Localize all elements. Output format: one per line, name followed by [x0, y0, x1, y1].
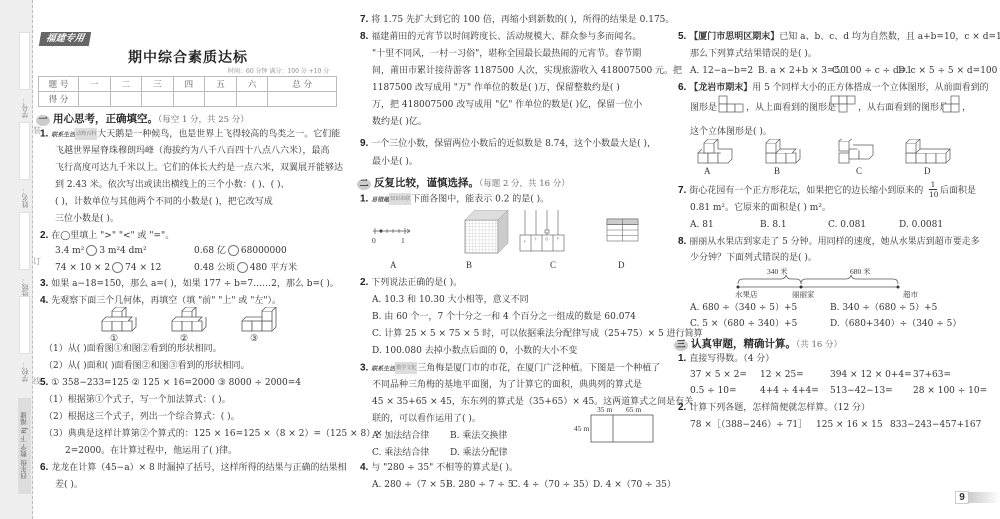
calc-item[interactable]: 4+4 ÷ 4+4=	[760, 385, 819, 397]
question-text: ( )，计数单位与其他两个不同的小数是( )，把它改写成	[55, 196, 273, 208]
compare-right: 3 m²4 dm²	[99, 246, 146, 256]
question-text: 那么下列算式结果错误的是( )。	[690, 48, 817, 60]
question-text: 差( )。	[55, 479, 83, 491]
option-C[interactable]: C. 4 ÷（70 ÷ 35）	[511, 479, 594, 491]
option-D[interactable]: D. 乘法分配律	[450, 447, 508, 459]
option-label-C[interactable]: C	[856, 166, 862, 176]
section-note: （每题 2 分，共 16 分）	[479, 179, 570, 189]
question-text: 直接写得数。（4 分）	[689, 354, 774, 364]
option-D[interactable]: D.（680+340）÷（340 ÷ 5）	[830, 318, 961, 330]
numberline-label: 1	[401, 236, 405, 245]
question-number: 8.	[360, 31, 368, 42]
compare-left: 0.48 公顷	[194, 263, 235, 273]
section-2-heading: 二反复比较，谨慎选择。（每题 2 分，共 16 分）	[357, 175, 570, 190]
option-C[interactable]: C. 乘法结合律	[372, 447, 429, 459]
page-number-bar	[969, 492, 1000, 503]
section-1-heading: 一用心思考，正确填空。（每空 1 分，共 25 分）	[36, 111, 249, 126]
section-note: （每空 1 分，共 25 分）	[158, 115, 249, 125]
compare-circle[interactable]	[228, 245, 239, 256]
question-text: 到 2.43 米。依次写出或读出横线上的三个小数：( )、( )、	[55, 179, 290, 191]
question-text: 三位小数是( )。	[55, 213, 119, 225]
class-box[interactable]	[19, 212, 30, 270]
sub-question: （1）根据第①个式子，写一个加法算式：( )。	[44, 394, 231, 406]
fraction-numerator: 1	[929, 180, 937, 190]
option-D[interactable]: D. 0.0081	[899, 219, 943, 231]
sub-question: （1）从( )面看图①和图②看到的形状相同。	[44, 343, 222, 355]
score-input[interactable]	[173, 92, 205, 107]
section-3-heading: 三认真审题，精确计算。（共 16 分）	[674, 336, 842, 351]
option-label-B[interactable]: B	[466, 260, 472, 270]
right-view-figure	[942, 95, 962, 115]
question-text: 丽丽从水果店到家走了 5 分钟。用同样的速度，她从水果店到超市要走多	[689, 237, 979, 247]
compare-circle[interactable]	[86, 245, 97, 256]
question-text: 飞越世界屋脊珠穆朗玛峰（海拔约为八千八百四十八点八六米），最高	[55, 145, 330, 157]
score-input[interactable]	[236, 92, 268, 107]
question-text: 已知 a、b、c、d 均为自然数，且 a+b=10，c × d=100，	[779, 32, 1000, 42]
front-view-figure	[718, 95, 746, 115]
compare-right: 74 × 12	[125, 263, 161, 273]
name-label: 姓名：	[20, 183, 30, 208]
option-A[interactable]: A. 280 ÷（7 × 5）	[372, 479, 455, 491]
question-1-7: 7. 将 1.75 先扩大到它的 100 倍，再缩小到新数的( )，所得的结果是…	[360, 14, 674, 26]
source-tag: 【龙岩市期末】	[689, 83, 752, 93]
section-title: 用心思考，正确填空。	[53, 113, 158, 125]
sub-question: 2=2000。在计算过程中，他运用了( )律。	[65, 445, 237, 457]
question-text: "十里不同风，一村一习俗"，堪称全国最长最热闹的元宵节。春节期	[372, 48, 641, 60]
question-text: 联的，可以看作运用了( )。	[372, 413, 481, 425]
section-badge: 一	[36, 115, 50, 126]
option-label-D[interactable]: D	[924, 166, 931, 176]
score-cell: 二	[110, 77, 142, 92]
question-text: 不同品种三角梅的基地平面图，为了计算它的面积，典典列的算式是	[372, 379, 642, 391]
question-number: 1.	[360, 194, 368, 205]
score-cell: 三	[142, 77, 174, 92]
score-cell: 题 号	[39, 77, 79, 92]
calc-item[interactable]: 37+63=	[913, 369, 951, 381]
option-B[interactable]: B. 8.1	[760, 219, 787, 231]
question-text: 街心花园有一个正方形花坛，如果把它的边长缩小到原来的	[689, 186, 923, 196]
svg-text:十: 十	[534, 236, 538, 241]
dimension-label: 35 m	[597, 405, 612, 414]
option-A[interactable]: A. 680 ÷（340 ÷ 5）+5	[690, 302, 797, 314]
question-1-3: 3. 如果 a−18=150，那么 a=( )，如果 177 ÷ b=7……2，…	[40, 278, 339, 290]
calc-item[interactable]: 513−42−13=	[830, 385, 893, 397]
score-input[interactable]	[110, 92, 142, 107]
section-badge: 二	[357, 179, 371, 190]
question-text: ，从右面看到的图形是	[858, 102, 948, 114]
svg-text:百: 百	[545, 236, 549, 241]
section-badge: 三	[674, 340, 688, 351]
exam-meta: 时间：60 分钟 满分：100 分 +10 分	[228, 66, 329, 75]
sub-question: （2）根据这三个式子，列出一个综合算式：( )。	[44, 411, 240, 423]
question-number: 7.	[678, 185, 686, 196]
page-title: 期中综合素质达标	[128, 47, 248, 67]
region-tag: 福建专用	[39, 32, 91, 46]
score-table-score-row: 得 分	[39, 92, 337, 107]
question-text: 大天鹅是一种候鸟，也是世界上飞得较高的鸟类之一。它们能	[97, 130, 340, 140]
question-number: 3.	[40, 278, 48, 289]
question-number: 2.	[678, 402, 686, 413]
sub-question: （3）典典是这样计算第②个算式的：125 × 16=125 ×（8 × 2）=（…	[44, 428, 383, 440]
figure-label: ③	[250, 333, 258, 344]
score-cell: 得 分	[39, 92, 79, 107]
svg-text:千: 千	[556, 236, 560, 241]
option-B[interactable]: B. 280 ÷ 7 ÷ 5	[446, 479, 514, 491]
compare-circle[interactable]	[237, 262, 248, 273]
cut-mark: 订	[33, 256, 41, 267]
compare-right: 68000000	[241, 246, 287, 256]
calc-item[interactable]: 125 × 16 × 15	[816, 419, 883, 431]
question-text: 三角梅是厦门市的市花，在厦门广泛种植。下图是一个种植了	[417, 364, 660, 374]
question-text: 45 × 35+65 × 45，东东列的算式是（35+65）× 45。这两道算式…	[372, 396, 693, 408]
score-input[interactable]	[268, 92, 337, 107]
tag: 联系生活	[371, 366, 395, 373]
question-text: 万，把 418007500 改写成用 "亿" 作单位的数是( )亿，保留一位小	[372, 99, 642, 111]
option-A[interactable]: A. 12−a−b=2	[690, 65, 753, 77]
score-input[interactable]	[79, 92, 111, 107]
place-label: 水果店	[735, 289, 758, 300]
option-label-C[interactable]: C	[550, 260, 556, 270]
score-cell: 总 分	[268, 77, 337, 92]
tag: 联系生活	[51, 132, 75, 139]
distance-label: 340 米	[767, 266, 788, 277]
distance-diagram	[735, 270, 905, 292]
question-text: 少分钟？下面列式错误的是( )。	[690, 252, 817, 264]
question-text: 在◯里填上 ">" "<" 或 "="。	[51, 231, 174, 241]
option-A[interactable]: A. 81	[690, 219, 714, 231]
place-label: 丽丽家	[792, 289, 815, 300]
question-text: 用 5 个同样大小的正方体搭成一个立体图形，从前面看到的	[752, 83, 988, 93]
question-number: 9.	[360, 138, 368, 149]
compare-right: 480 平方米	[250, 263, 297, 273]
page-number: 9	[955, 491, 969, 504]
question-text: 先观察下面三个几何体，再填空（填 "前" "上" 或 "左"）。	[51, 296, 281, 306]
question-number: 1.	[40, 129, 48, 140]
option-C[interactable]: C. 计算 25 × 5 × 75 × 5 时，可以依据乘法分配律写成（25+7…	[372, 328, 703, 340]
score-table: 题 号 一 二 三 四 五 六 总 分 得 分	[38, 76, 337, 107]
student-id-box[interactable]	[19, 32, 30, 90]
option-A[interactable]: A. 10.3 和 10.30 大小相等，意义不同	[372, 294, 529, 306]
school-label: 学校：	[20, 357, 30, 382]
question-text: 0.81 m²。它原来的面积是( ) m²。	[690, 202, 831, 214]
student-id-label: 学号：	[20, 93, 30, 118]
calc-item[interactable]: 0.5 ÷ 10=	[690, 385, 737, 397]
compare-left: 3.4 m²	[55, 246, 84, 256]
option-label-A[interactable]: A	[704, 166, 711, 176]
sub-question: （2）从( )面和( )面看图②和图③看到的形状相同。	[44, 360, 250, 372]
calc-item[interactable]: 833−243−457+167	[890, 419, 981, 431]
option-D[interactable]: D. 4 ×（70 ÷ 35）	[593, 479, 676, 491]
edition-label: 四年级 数学 下 RJ 福建	[18, 398, 31, 494]
score-cell: 一	[79, 77, 111, 92]
question-number: 5.	[40, 377, 48, 388]
solid-options	[696, 139, 966, 167]
top-view-figure	[830, 95, 858, 115]
name-box[interactable]	[19, 122, 30, 180]
question-text: 下面各图中，能表示 0.2 的是( )。	[411, 195, 549, 205]
question-text: 龙龙在计算（45−a）× 8 时漏掉了括号，这样所得的结果与正确的结果相	[51, 463, 346, 473]
question-text: 福建莆田的元宵节以时间跨度长、活动规模大、群众参与多而闻名。	[371, 32, 641, 42]
field-plan-diagram	[590, 414, 656, 444]
question-text: ，	[962, 102, 971, 114]
question-text: 后面积是	[940, 185, 976, 197]
cube-figures	[100, 307, 300, 337]
question-number: 2.	[360, 277, 368, 288]
option-figures: 个十百千	[370, 210, 670, 260]
option-label-D[interactable]: D	[618, 260, 625, 270]
section-note: （共 16 分）	[796, 340, 842, 350]
calc-item[interactable]: 78 ×［（388−246）÷ 71］	[690, 419, 807, 431]
place-label: 超市	[903, 289, 918, 300]
score-table-header-row: 题 号 一 二 三 四 五 六 总 分	[39, 77, 337, 92]
compare-left: 0.68 亿	[194, 246, 226, 256]
tag: 动物百科	[75, 128, 97, 140]
compare-left: 74 × 10 × 2	[55, 263, 110, 273]
question-number: 5.	[678, 31, 686, 42]
option-label-B[interactable]: B	[774, 166, 780, 176]
score-cell: 六	[236, 77, 268, 92]
calc-item[interactable]: 28 × 100 ÷ 10=	[913, 385, 987, 397]
question-number: 8.	[678, 236, 686, 247]
question-text: 飞行高度可达九千米以上。它们的体长大约是一点六米，双翼展开能够达	[55, 162, 343, 174]
calc-item[interactable]: 37 × 5 × 2=	[690, 369, 747, 381]
option-B[interactable]: B. 乘法交换律	[450, 430, 507, 442]
compare-circle[interactable]	[112, 262, 123, 273]
school-box[interactable]	[19, 296, 30, 354]
numberline-label: 0	[372, 236, 376, 245]
question-text: 计算下列各题，怎样简便就怎样算。（12 分）	[689, 403, 870, 413]
fraction: 110	[929, 180, 937, 199]
dimension-label: 65 m	[626, 405, 641, 414]
question-number: 3.	[360, 363, 368, 374]
question-text: 图形是	[690, 102, 717, 114]
question-text: 下列说法正确的是( )。	[371, 278, 462, 288]
option-B[interactable]: B. 由 60 个一，7 个十分之一和 4 个百分之一组成的数是 60.074	[372, 311, 636, 323]
binding-margin: 学号： 姓名： 班级： 学校： 四年级 数学 下 RJ 福建	[0, 0, 33, 519]
question-text: 如果 a−18=150，那么 a=( )，如果 177 ÷ b=7……2，那么 …	[51, 279, 339, 289]
question-text: 1187500 改写成用 "万" 作单位的数是( )万，保留整数约是( )	[372, 82, 620, 94]
score-cell: 五	[205, 77, 237, 92]
question-text: ，从上面看到的图形是	[746, 102, 836, 114]
calc-item[interactable]: 12 × 25=	[760, 369, 804, 381]
question-number: 6.	[40, 462, 48, 473]
option-A[interactable]: A. 加法结合律	[372, 430, 429, 442]
question-text: 将 1.75 先扩大到它的 100 倍，再缩小到新数的( )，所得的结果是 0.…	[371, 15, 674, 25]
question-text: 间，莆田市累计接待游客 1187500 人次，实现旅游收入 418007500 …	[372, 65, 682, 77]
tag: 数学文化	[395, 362, 417, 374]
question-number: 4.	[360, 462, 368, 473]
dimension-label: 45 m	[574, 424, 589, 433]
option-label-A[interactable]: A	[390, 260, 397, 270]
option-D[interactable]: D. c × 5 ÷ 5 × d=100	[898, 65, 997, 77]
tag: 易错题	[371, 197, 389, 204]
score-input[interactable]	[142, 92, 174, 107]
section-title: 反复比较，谨慎选择。	[374, 177, 479, 189]
option-C[interactable]: C. 5 ×（680 ÷ 340）+5	[690, 318, 797, 330]
question-number: 4.	[40, 295, 48, 306]
abacus-label: 个	[523, 239, 527, 244]
score-cell: 四	[173, 77, 205, 92]
score-input[interactable]	[205, 92, 237, 107]
option-B[interactable]: B. 340 ÷（680 ÷ 5）+5	[830, 302, 937, 314]
question-number: 1.	[678, 353, 686, 364]
tag: 知识串联	[389, 193, 411, 205]
option-C[interactable]: C. 0.081	[828, 219, 866, 231]
calc-item[interactable]: 394 × 12 × 0+4=	[830, 369, 912, 381]
question-text: 数约是( )亿。	[372, 116, 427, 128]
question-text: ① 358−233=125 ② 125 × 16=2000 ③ 8000 ÷ 2…	[51, 378, 301, 388]
question-text: 最小是( )。	[372, 156, 418, 168]
question-text: 这个立体图形是( )。	[690, 126, 772, 138]
fraction-denominator: 10	[929, 190, 937, 199]
class-label: 班级：	[20, 273, 30, 298]
question-text: 与 "280 ÷ 35" 不相等的算式是( )。	[371, 463, 518, 473]
question-number: 6.	[678, 82, 686, 93]
distance-label: 680 米	[850, 266, 871, 277]
option-D[interactable]: D. 100.080 去掉小数点后面的 0，小数的大小不变	[372, 345, 577, 357]
question-number: 2.	[40, 230, 48, 241]
section-title: 认真审题，精确计算。	[691, 338, 796, 350]
question-number: 7.	[360, 14, 368, 25]
source-tag: 【厦门市思明区期末】	[689, 32, 779, 42]
question-text: 一个三位小数，保留两位小数后的近似数是 8.74，这个小数最大是( )，	[371, 139, 656, 149]
